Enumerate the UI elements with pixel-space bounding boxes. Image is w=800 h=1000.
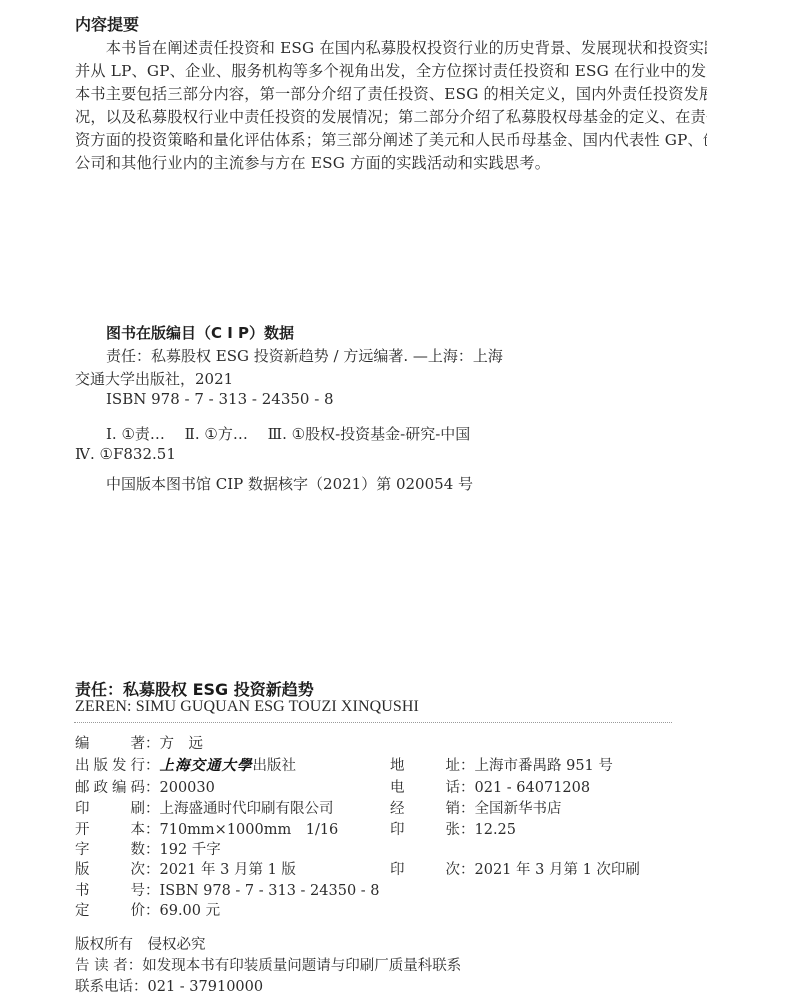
colon: ： bbox=[460, 862, 475, 878]
imprint-value: 2021 年 3 月第 1 次印刷 bbox=[475, 862, 640, 878]
imprint-label: 电 话 bbox=[390, 778, 460, 798]
copyright-notice: 版权所有 侵权必究 bbox=[75, 935, 206, 955]
cip-classification-line2: Ⅳ. ①F832.51 bbox=[75, 445, 176, 463]
colon: ： bbox=[145, 883, 160, 899]
imprint-value: 69.00 元 bbox=[160, 903, 221, 919]
imprint-label: 邮政编码 bbox=[75, 778, 145, 798]
imprint-value: 12.25 bbox=[475, 822, 517, 838]
colon: ： bbox=[460, 780, 475, 796]
colon: ： bbox=[145, 842, 160, 858]
cip-title-line: 责任：私募股权 ESG 投资新趋势 / 方远编著. —上海：上海 bbox=[106, 345, 503, 366]
imprint-value: 方 远 bbox=[160, 736, 204, 752]
colon: ： bbox=[460, 758, 475, 774]
imprint-row-publisher: 出版发行：上海交通大學出版社 bbox=[75, 756, 296, 776]
imprint-value: 上海盛通时代印刷有限公司 bbox=[160, 801, 334, 817]
colon: ： bbox=[460, 822, 475, 838]
colon: ： bbox=[145, 736, 160, 752]
imprint-row-postcode: 邮政编码：200030 bbox=[75, 778, 215, 798]
imprint-label: 印 刷 bbox=[75, 799, 145, 819]
imprint-value: 出版社 bbox=[253, 758, 297, 774]
summary-paragraph: 本书旨在阐述责任投资和 ESG 在国内私募股权投资行业的历史背景、发展现状和投资… bbox=[75, 37, 707, 175]
summary-line: 本书主要包括三部分内容，第一部分介绍了责任投资、ESG 的相关定义，国内外责任投… bbox=[75, 83, 707, 106]
imprint-row-distributor: 经 销：全国新华书店 bbox=[390, 799, 562, 819]
imprint-label: 印 次 bbox=[390, 860, 460, 880]
colon: ： bbox=[145, 780, 160, 796]
imprint-label: 定 价 bbox=[75, 901, 145, 921]
reader-notice-label: 告 读 者 bbox=[75, 958, 128, 974]
imprint-value: 200030 bbox=[160, 780, 215, 796]
imprint-row-wordcount: 字 数：192 千字 bbox=[75, 840, 221, 860]
reader-notice-text: 如发现本书有印装质量问题请与印刷厂质量科联系 bbox=[142, 958, 461, 974]
colon: ： bbox=[145, 801, 160, 817]
book-title-chinese: 责任：私募股权 ESG 投资新趋势 bbox=[75, 677, 314, 700]
contact-phone-label: 联系电话 bbox=[75, 979, 133, 995]
imprint-row-edition: 版 次：2021 年 3 月第 1 版 bbox=[75, 860, 296, 880]
imprint-value: 全国新华书店 bbox=[475, 801, 562, 817]
cip-isbn: ISBN 978 - 7 - 313 - 24350 - 8 bbox=[106, 390, 334, 408]
imprint-row-price: 定 价：69.00 元 bbox=[75, 901, 220, 921]
imprint-label: 书 号 bbox=[75, 881, 145, 901]
summary-line: 并从 LP、GP、企业、服务机构等多个视角出发，全方位探讨责任投资和 ESG 在… bbox=[75, 60, 707, 83]
imprint-label: 编 著 bbox=[75, 734, 145, 754]
imprint-label: 出版发行 bbox=[75, 756, 145, 776]
book-title-pinyin: ZEREN: SIMU GUQUAN ESG TOUZI XINQUSHI bbox=[75, 698, 419, 716]
cip-record-number: 中国版本图书馆 CIP 数据核字（2021）第 020054 号 bbox=[106, 473, 473, 494]
imprint-value: 710mm×1000mm 1/16 bbox=[160, 822, 339, 838]
contact-phone: 联系电话：021 - 37910000 bbox=[75, 977, 263, 997]
imprint-label: 经 销 bbox=[390, 799, 460, 819]
publisher-logo-calligraphy: 上海交通大學 bbox=[160, 757, 253, 774]
colon: ： bbox=[133, 979, 148, 995]
imprint-row-isbn: 书 号：ISBN 978 - 7 - 313 - 24350 - 8 bbox=[75, 881, 380, 901]
imprint-value: 上海市番禺路 951 号 bbox=[475, 758, 613, 774]
summary-heading: 内容提要 bbox=[75, 12, 139, 35]
imprint-label: 地 址 bbox=[390, 756, 460, 776]
colon: ： bbox=[128, 958, 143, 974]
imprint-value: 2021 年 3 月第 1 版 bbox=[160, 862, 296, 878]
cip-publisher-line: 交通大学出版社，2021 bbox=[75, 368, 233, 389]
contact-phone-value: 021 - 37910000 bbox=[148, 979, 264, 995]
imprint-row-printing: 印 次：2021 年 3 月第 1 次印刷 bbox=[390, 860, 640, 880]
colon: ： bbox=[460, 801, 475, 817]
imprint-row-sheets: 印 张：12.25 bbox=[390, 820, 516, 840]
imprint-label: 开 本 bbox=[75, 820, 145, 840]
reader-notice: 告 读 者：如发现本书有印装质量问题请与印刷厂质量科联系 bbox=[75, 956, 461, 976]
cip-heading: 图书在版编目（C I P）数据 bbox=[106, 322, 294, 343]
colon: ： bbox=[145, 903, 160, 919]
imprint-row-address: 地 址：上海市番禺路 951 号 bbox=[390, 756, 613, 776]
imprint-value: 192 千字 bbox=[160, 842, 221, 858]
colon: ： bbox=[145, 822, 160, 838]
summary-line: 公司和其他行业内的主流参与方在 ESG 方面的实践活动和实践思考。 bbox=[75, 152, 707, 175]
colon: ： bbox=[145, 862, 160, 878]
imprint-row-phone: 电 话：021 - 64071208 bbox=[390, 778, 590, 798]
imprint-value: 021 - 64071208 bbox=[475, 780, 591, 796]
imprint-label: 印 张 bbox=[390, 820, 460, 840]
summary-line: 本书旨在阐述责任投资和 ESG 在国内私募股权投资行业的历史背景、发展现状和投资… bbox=[75, 37, 707, 60]
summary-line: 况，以及私募股权行业中责任投资的发展情况；第二部分介绍了私募股权母基金的定义、在… bbox=[75, 106, 707, 129]
imprint-row-format: 开 本：710mm×1000mm 1/16 bbox=[75, 820, 338, 840]
dotted-divider bbox=[74, 722, 672, 723]
summary-line: 资方面的投资策略和量化评估体系；第三部分阐述了美元和人民币母基金、国内代表性 G… bbox=[75, 129, 707, 152]
imprint-label: 字 数 bbox=[75, 840, 145, 860]
imprint-value: ISBN 978 - 7 - 313 - 24350 - 8 bbox=[160, 883, 380, 899]
imprint-row-printer: 印 刷：上海盛通时代印刷有限公司 bbox=[75, 799, 334, 819]
cip-classification-line1: Ⅰ. ①责… Ⅱ. ①方… Ⅲ. ①股权-投资基金-研究-中国 bbox=[106, 423, 470, 444]
imprint-label: 版 次 bbox=[75, 860, 145, 880]
imprint-row-editor: 编 著：方 远 bbox=[75, 734, 203, 754]
colon: ： bbox=[145, 758, 160, 774]
